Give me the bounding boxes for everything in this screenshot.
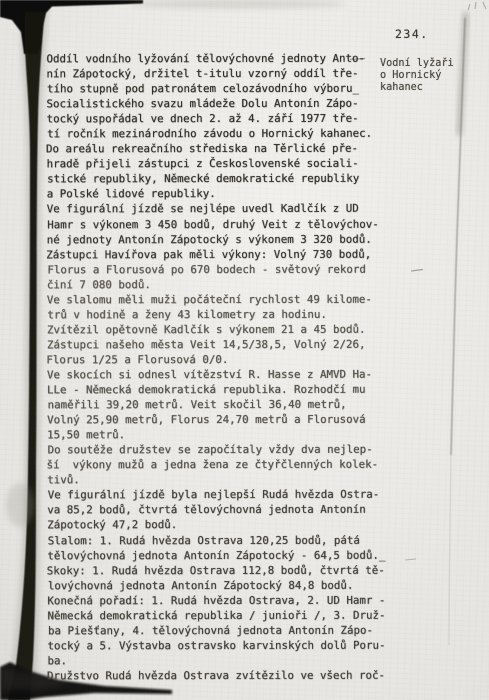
text-line: stické republiky, Německé demokratické r… [47,171,407,187]
text-line: Florus a Florusová po 670 bodech - světo… [47,261,407,277]
text-line: ba Piešťany, 4. tělovýchovná jednota Ant… [48,622,408,638]
text-line: nín Zápotocký, držitel t-itulu vzorný od… [46,66,406,82]
scanned-page: 234. Vodní lyžařio Hornickýkahanec Oddíl… [0,0,489,700]
text-line: LLe - Německá demokratická republika. Ro… [47,382,407,398]
text-line: činí 7 080 bodů. [47,276,407,292]
text-line: Ve figurální jízdě byla nejlepší Rudá hv… [48,487,408,503]
text-line: va 85,2 bodů, čtvrtá tělovýchovná jednot… [47,502,407,518]
text-line: Hamr s výkonem 3 450 bodů, druhý Veit z … [47,216,407,232]
fold-crease [449,12,466,645]
text-line: trů v hodině a ženy 43 kilometry za hodi… [47,306,407,322]
text-line: Konečná pořadí: 1. Rudá hvězda Ostrava, … [47,592,407,608]
text-line: tivů. [47,472,407,488]
page-number: 234. [395,27,429,41]
body-text: Oddíl vodního lyžování tělovýchovné jedn… [46,51,407,684]
text-line: tocký a 5. Výstavba ostravsko karvinskýc… [47,638,407,654]
text-line: Florus 1/25 a Florusová 0/0. [46,352,406,368]
text-line: Do soutěže družstev se započítaly vždy d… [48,442,408,458]
text-line: Zápotocký 47,2 bodů. [47,517,407,533]
text-line: Ve figurální jízdě se nejlépe uvedl Kadl… [47,201,407,217]
text-line: tělovýchovná jednota Antonín Zápotocký -… [47,547,407,563]
text-line: naměřili 39,20 metrů. Veit skočil 36,40 … [48,397,408,413]
text-line: ba. [47,653,407,669]
text-line: Družstvo Rudá hvězda Ostrava zvítězilo v… [47,668,407,684]
text-line: tí ročník mezinárodního závodu o Hornick… [47,126,407,142]
text-line: 15,50 metrů. [47,427,407,443]
text-line: Ve skocích si odnesl vítězství R. Hasse … [47,367,407,383]
pencil-marks [468,2,486,10]
text-line: tího stupně pod patronátem celozávodního… [47,81,407,97]
text-line: Oddíl vodního lyžování tělovýchovné jedn… [46,51,406,67]
text-line: né jednoty Antonín Zápotocký s výkonem 3… [47,231,407,247]
text-line: Ve slalomu měli muži počáteční rychlost … [47,291,407,307]
text-line: Do areálu rekreačního střediska na Těrli… [46,141,406,157]
text-line: Německá demokratická republika / junioři… [47,607,407,623]
text-line: a Polské lidové republiky. [47,186,407,202]
text-line: Zástupci našeho města Veit 14,5/38,5, Vo… [47,337,407,353]
text-line: Zvítězil opětovně Kadlčík s výkonem 21 a… [47,322,407,338]
text-line: Volný 25,90 metrů, Florus 24,70 metrů a … [47,412,407,428]
text-line: ší výkony mužů a jedna žena ze čtyřčlenn… [47,457,407,473]
text-line: hradě přijeli zástupci z Československé … [47,156,407,172]
text-line: Socialistického svazu mládeže Dolu Anton… [47,96,407,112]
text-line: tocký uspořádal ve dnech 2. až 4. září 1… [47,111,407,127]
text-line: Skoky: 1. Rudá hvězda Ostrava 112,8 bodů… [47,562,407,578]
text-line: lovýchovná jednota Antonín Zápotocký 84,… [48,577,408,593]
text-line: Zástupci Havířova pak měli výkony: Volný… [46,246,406,262]
text-line: Slalom: 1. Rudá hvězda Ostrava 120,25 bo… [48,532,408,548]
